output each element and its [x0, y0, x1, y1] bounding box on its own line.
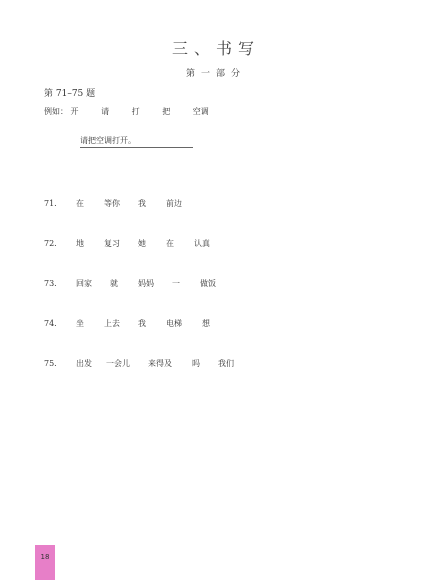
example-word: 请	[101, 106, 129, 117]
word: 吗	[192, 358, 218, 369]
word: 做饭	[200, 278, 216, 289]
question-number: 72.	[44, 239, 76, 248]
word: 一	[172, 278, 200, 289]
question-range: 第 71–75 题	[44, 86, 95, 99]
word: 复习	[104, 238, 138, 249]
question-number: 74.	[44, 319, 76, 328]
word: 在	[166, 238, 194, 249]
word: 我	[138, 318, 166, 329]
question-74: 74.坐上去我电梯想	[44, 318, 210, 329]
word: 想	[202, 318, 210, 329]
word: 她	[138, 238, 166, 249]
word: 妈妈	[138, 278, 172, 289]
word: 出发	[76, 358, 106, 369]
word: 来得及	[148, 358, 192, 369]
word: 我	[138, 198, 166, 209]
word: 电梯	[166, 318, 202, 329]
question-73: 73.回家就妈妈一做饭	[44, 278, 216, 289]
example-word: 空调	[193, 106, 209, 117]
word: 前边	[166, 198, 182, 209]
word: 上去	[104, 318, 138, 329]
word: 坐	[76, 318, 104, 329]
example-label: 例如：	[44, 107, 68, 116]
example-word: 打	[132, 106, 160, 117]
example-answer: 请把空调打开。	[80, 135, 193, 148]
question-number: 71.	[44, 199, 76, 208]
page-number-tab: 18	[35, 545, 55, 580]
word: 我们	[218, 358, 234, 369]
word: 等你	[104, 198, 138, 209]
word: 就	[110, 278, 138, 289]
question-71: 71.在等你我前边	[44, 198, 182, 209]
word: 一会儿	[106, 358, 148, 369]
word: 认真	[194, 238, 210, 249]
word: 回家	[76, 278, 110, 289]
example-row: 例如： 开 请 打 把 空调	[44, 106, 209, 117]
question-number: 73.	[44, 279, 76, 288]
question-number: 75.	[44, 359, 76, 368]
example-word: 开	[71, 106, 99, 117]
question-72: 72.地复习她在认真	[44, 238, 210, 249]
page-number: 18	[35, 553, 55, 561]
example-word: 把	[162, 106, 190, 117]
section-subtitle: 第一部分	[0, 66, 432, 79]
word: 在	[76, 198, 104, 209]
word: 地	[76, 238, 104, 249]
section-title: 三、书写	[0, 36, 432, 59]
question-75: 75.出发一会儿来得及吗我们	[44, 358, 234, 369]
